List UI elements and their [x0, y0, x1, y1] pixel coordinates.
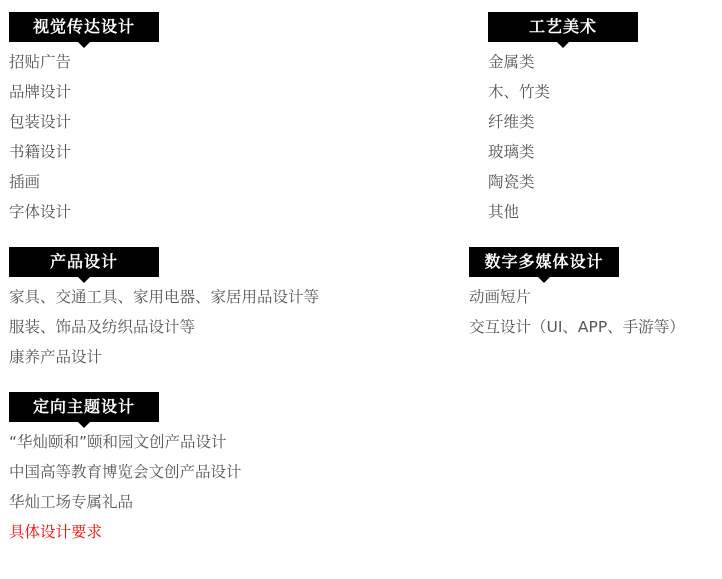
section-title: 数字多媒体设计: [484, 252, 603, 271]
notch-pointer-icon: [78, 42, 90, 48]
notch-pointer-icon: [557, 42, 569, 48]
section-title: 产品设计: [50, 252, 118, 271]
list-item: 纤维类: [488, 107, 638, 137]
list-item: 品牌设计: [9, 77, 159, 107]
category-list: 家具、交通工具、家用电器、家居用品设计等 服装、饰品及纺织品设计等 康养产品设计: [9, 282, 319, 372]
list-item: 其他: [488, 197, 638, 227]
list-item: 木、竹类: [488, 77, 638, 107]
list-item: 玻璃类: [488, 137, 638, 167]
design-categories-page: 视觉传达设计 招贴广告 品牌设计 包装设计 书籍设计 插画 字体设计 工艺美术 …: [0, 0, 722, 579]
section-themed-design: 定向主题设计 “华灿颐和”颐和园文创产品设计 中国高等教育博览会文创产品设计 华…: [9, 392, 242, 547]
category-list: 动画短片 交互设计（UI、APP、手游等）: [469, 282, 685, 342]
section-header: 数字多媒体设计: [469, 247, 619, 277]
list-item: 中国高等教育博览会文创产品设计: [9, 457, 242, 487]
section-header: 定向主题设计: [9, 392, 159, 422]
section-header: 工艺美术: [488, 12, 638, 42]
design-requirements-link[interactable]: 具体设计要求: [9, 517, 242, 547]
list-item: 华灿工场专属礼品: [9, 487, 242, 517]
list-item: 插画: [9, 167, 159, 197]
list-item: 字体设计: [9, 197, 159, 227]
list-item: 交互设计（UI、APP、手游等）: [469, 312, 685, 342]
category-list: 招贴广告 品牌设计 包装设计 书籍设计 插画 字体设计: [9, 47, 159, 227]
section-title: 工艺美术: [529, 17, 597, 36]
section-arts-and-crafts: 工艺美术 金属类 木、竹类 纤维类 玻璃类 陶瓷类 其他: [488, 12, 638, 227]
section-header: 产品设计: [9, 247, 159, 277]
section-title: 定向主题设计: [33, 397, 135, 416]
list-item: 动画短片: [469, 282, 685, 312]
notch-pointer-icon: [78, 422, 90, 428]
list-item: 康养产品设计: [9, 342, 319, 372]
category-list: 金属类 木、竹类 纤维类 玻璃类 陶瓷类 其他: [488, 47, 638, 227]
list-item: 书籍设计: [9, 137, 159, 167]
notch-pointer-icon: [78, 277, 90, 283]
list-item: 陶瓷类: [488, 167, 638, 197]
list-item: 招贴广告: [9, 47, 159, 77]
section-product-design: 产品设计 家具、交通工具、家用电器、家居用品设计等 服装、饰品及纺织品设计等 康…: [9, 247, 319, 372]
section-header: 视觉传达设计: [9, 12, 159, 42]
list-item: 包装设计: [9, 107, 159, 137]
category-list: “华灿颐和”颐和园文创产品设计 中国高等教育博览会文创产品设计 华灿工场专属礼品…: [9, 427, 242, 547]
list-item: 金属类: [488, 47, 638, 77]
section-visual-communication: 视觉传达设计 招贴广告 品牌设计 包装设计 书籍设计 插画 字体设计: [9, 12, 159, 227]
list-item: 家具、交通工具、家用电器、家居用品设计等: [9, 282, 319, 312]
notch-pointer-icon: [538, 277, 550, 283]
section-digital-multimedia: 数字多媒体设计 动画短片 交互设计（UI、APP、手游等）: [469, 247, 685, 342]
list-item: “华灿颐和”颐和园文创产品设计: [9, 427, 242, 457]
list-item: 服装、饰品及纺织品设计等: [9, 312, 319, 342]
section-title: 视觉传达设计: [33, 17, 135, 36]
